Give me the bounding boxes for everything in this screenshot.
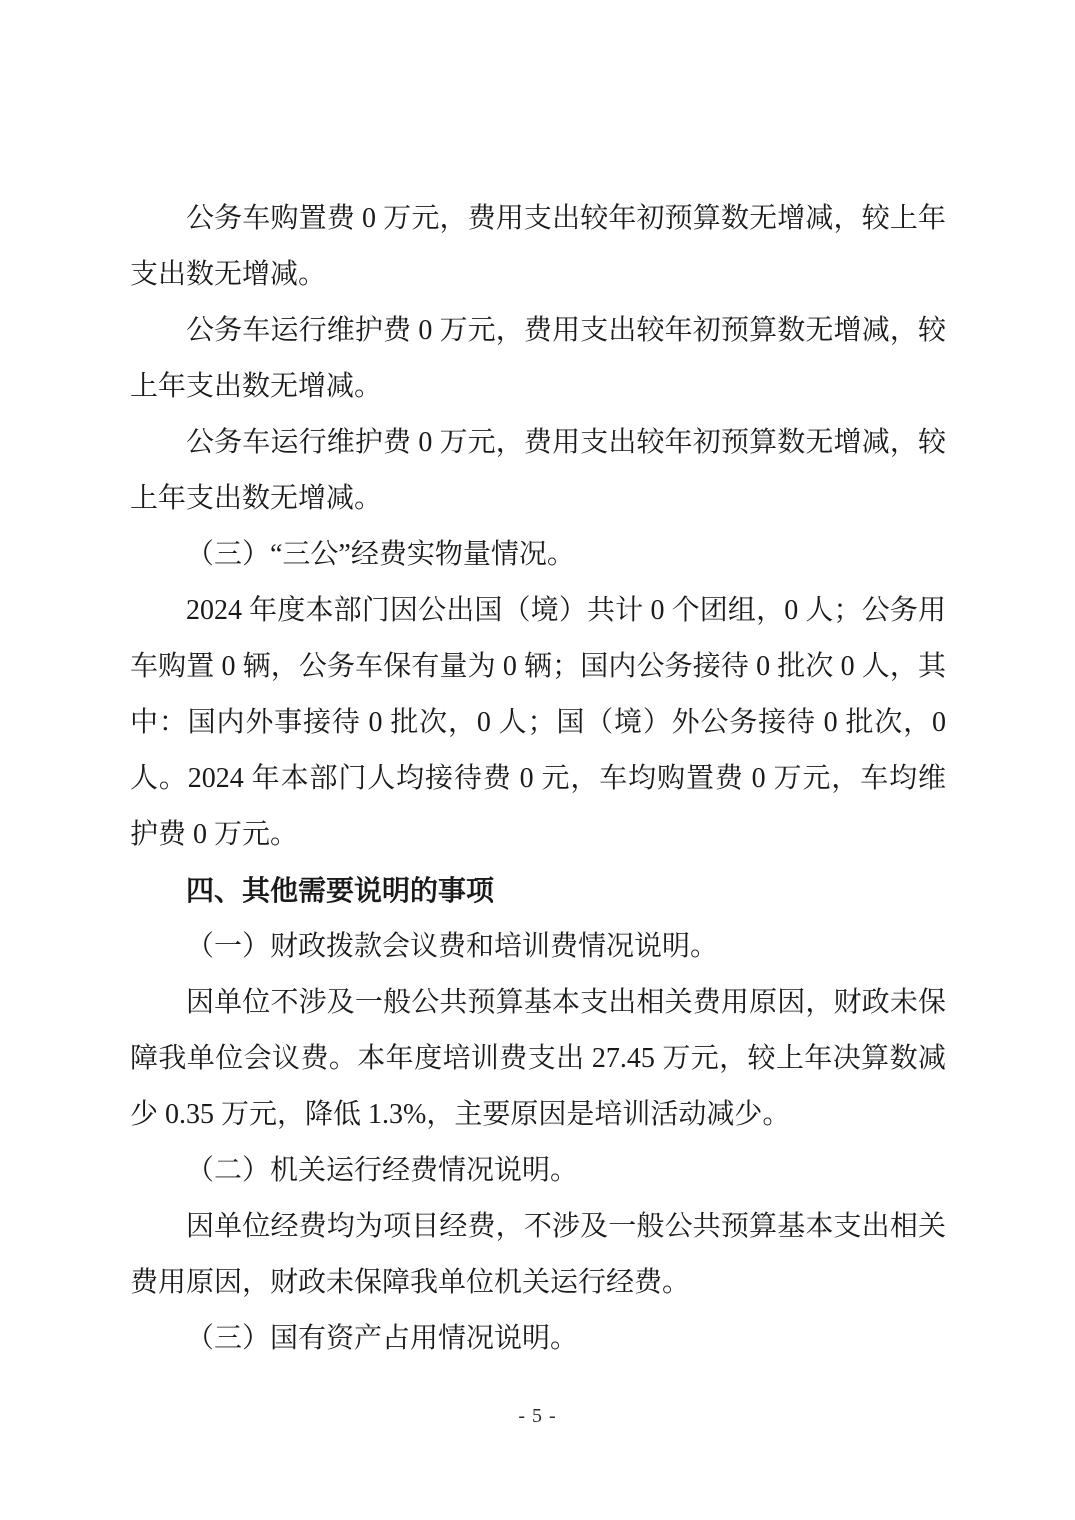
subsection-heading-operating-funds: （二）机关运行经费情况说明。 — [130, 1143, 946, 1199]
subsection-heading-three-expenses: （三）“三公”经费实物量情况。 — [130, 527, 946, 583]
document-body: 公务车购置费 0 万元，费用支出较年初预算数无增减，较上年支出数无增减。 公务车… — [130, 191, 946, 1367]
section-heading-other-items: 四、其他需要说明的事项 — [130, 863, 946, 919]
page-footer: - 5 - — [0, 1405, 1075, 1428]
subsection-heading-meeting-training: （一）财政拨款会议费和培训费情况说明。 — [130, 919, 946, 975]
paragraph-vehicle-maintenance-2: 公务车运行维护费 0 万元，费用支出较年初预算数无增减，较上年支出数无增减。 — [130, 415, 946, 527]
page-number: - 5 - — [518, 1405, 556, 1427]
paragraph-operating-funds-detail: 因单位经费均为项目经费，不涉及一般公共预算基本支出相关费用原因，财政未保障我单位… — [130, 1199, 946, 1311]
paragraph-vehicle-maintenance-1: 公务车运行维护费 0 万元，费用支出较年初预算数无增减，较上年支出数无增减。 — [130, 303, 946, 415]
paragraph-physical-quantities: 2024 年度本部门因公出国（境）共计 0 个团组，0 人；公务用车购置 0 辆… — [130, 583, 946, 863]
paragraph-vehicle-purchase: 公务车购置费 0 万元，费用支出较年初预算数无增减，较上年支出数无增减。 — [130, 191, 946, 303]
subsection-heading-state-assets: （三）国有资产占用情况说明。 — [130, 1311, 946, 1367]
paragraph-meeting-training-detail: 因单位不涉及一般公共预算基本支出相关费用原因，财政未保障我单位会议费。本年度培训… — [130, 975, 946, 1143]
document-page: 公务车购置费 0 万元，费用支出较年初预算数无增减，较上年支出数无增减。 公务车… — [0, 0, 1075, 1520]
